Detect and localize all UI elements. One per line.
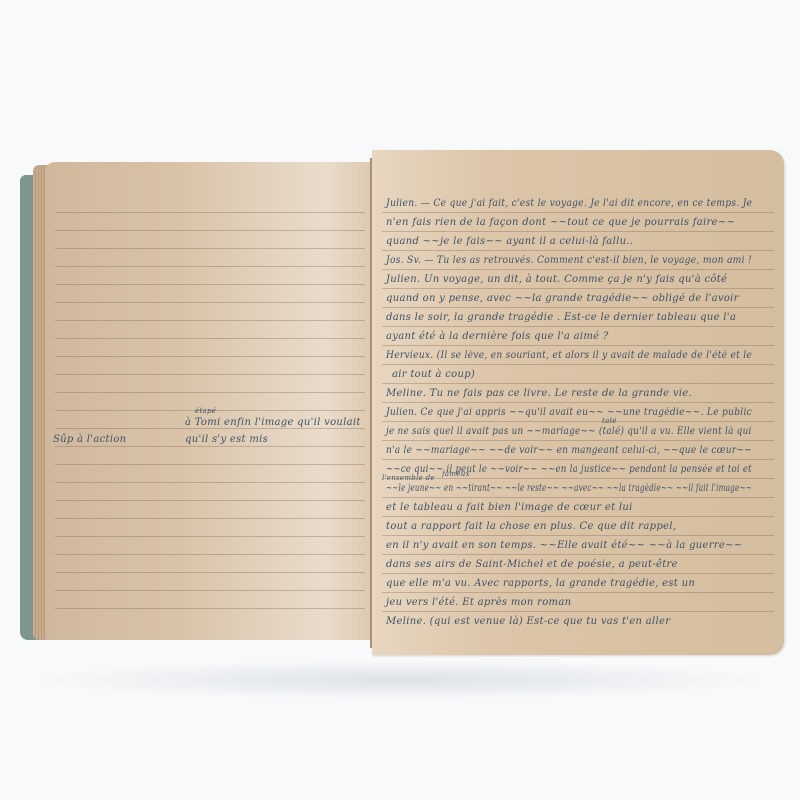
- handwritten-line: que elle m'a vu. Avec rapports, la grand…: [386, 578, 695, 589]
- handwritten-line: n'en fais rien de la façon dont ~~tout c…: [386, 217, 735, 228]
- handwritten-line: je ne sais quel il avait pas un ~~mariag…: [386, 426, 752, 437]
- right-page: Julien. — Ce que j'ai fait, c'est le voy…: [372, 150, 784, 655]
- handwritten-line: tout a rapport fait la chose en plus. Ce…: [386, 521, 676, 532]
- margin-insert: talé: [602, 417, 617, 425]
- handwritten-line: Julien. — Ce que j'ai fait, c'est le voy…: [386, 198, 752, 209]
- handwritten-line: ~~ce qui~~ il peut le ~~voir~~ ~~en la j…: [386, 464, 752, 475]
- handwritten-line: ~~le jeune~~ en ~~tirant~~ ~~le reste~~ …: [386, 483, 752, 494]
- handwritten-line: Julien. Un voyage, un dit, à tout. Comme…: [386, 274, 727, 285]
- handwritten-line: en il n'y avait en son temps. ~~Elle ava…: [386, 540, 742, 551]
- handwritten-line: qu'il s'y est mis: [185, 434, 268, 445]
- handwritten-line: n'a le ~~mariage~~ ~~de voir~~ en mangea…: [386, 445, 752, 456]
- margin-note: Sûp à l'action: [53, 434, 126, 445]
- handwritten-line: Julien. Ce que j'ai appris ~~qu'il avait…: [386, 407, 752, 418]
- handwritten-line: Meline. Tu ne fais pas ce livre. Le rest…: [386, 388, 692, 399]
- left-page: étapé à Tomi enfin l'image qu'il voulait…: [45, 162, 375, 640]
- handwritten-line: Meline. (qui est venue là) Est-ce que tu…: [386, 616, 670, 627]
- table-shadow: [30, 660, 770, 700]
- handwritten-line: Jos. Sv. — Tu les as retrouvés. Comment …: [386, 255, 752, 266]
- handwritten-line: quand ~~je le fais~~ ayant il a celui-là…: [386, 236, 633, 247]
- margin-insert: fameux: [442, 470, 470, 478]
- handwritten-line: Hervieux. (Il se lève, en souriant, et a…: [386, 350, 752, 361]
- handwritten-line: dans le soir, la grande tragédie . Est-c…: [386, 312, 736, 323]
- margin-insert: l'ensemble de: [382, 474, 435, 482]
- handwritten-line: jeu vers l'été. Et après mon roman: [386, 597, 571, 608]
- insert-above: étapé: [195, 407, 216, 415]
- handwritten-line: dans ses airs de Saint-Michel et de poés…: [386, 559, 678, 570]
- handwritten-line: quand on y pense, avec ~~la grande tragé…: [386, 293, 739, 304]
- handwritten-line: ayant été à la dernière fois que l'a aim…: [386, 331, 609, 342]
- handwritten-line: et le tableau a fait bien l'image de cœu…: [386, 502, 633, 513]
- handwritten-line: air tout à coup): [392, 369, 475, 380]
- handwritten-line: à Tomi enfin l'image qu'il voulait: [185, 417, 361, 428]
